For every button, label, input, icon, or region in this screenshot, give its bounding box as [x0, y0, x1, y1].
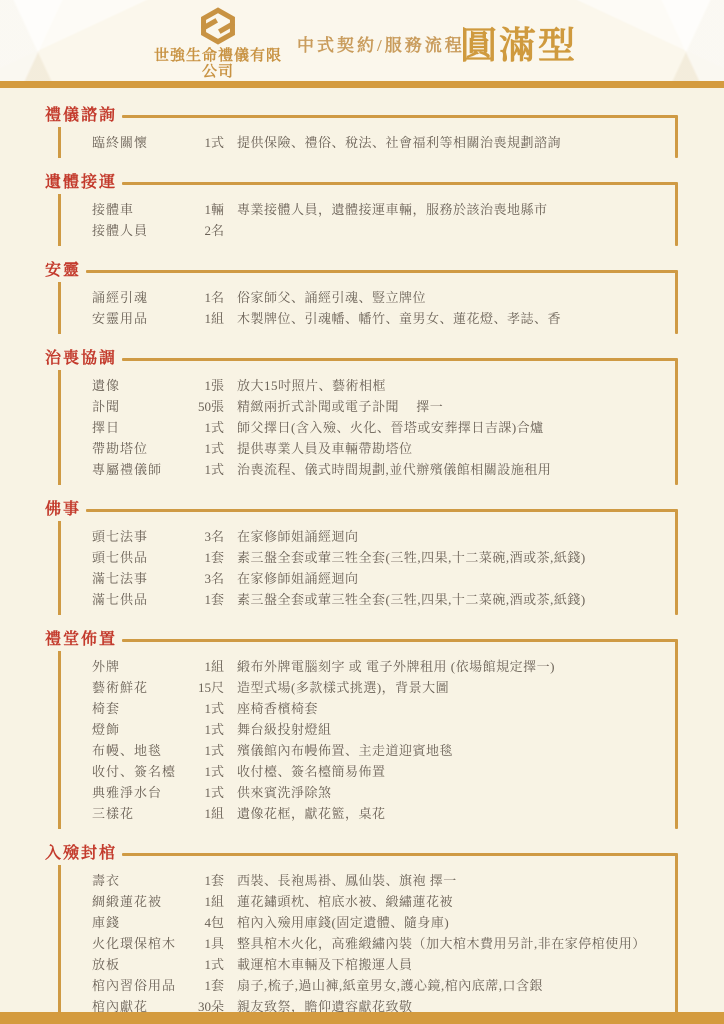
- item-name: 椅套: [92, 698, 188, 719]
- section-head: 遺體接運: [45, 172, 678, 194]
- service-row: 燈飾 1式 舞台級投射燈組: [92, 719, 678, 740]
- section-title: 禮堂佈置: [45, 629, 117, 651]
- service-row: 訃聞 50張 精緻兩折式訃聞或電子訃聞 擇一: [92, 396, 678, 417]
- service-row: 收付、簽名檯 1式 收付檯、簽名檯簡易佈置: [92, 761, 678, 782]
- item-qty: 1式: [188, 954, 224, 975]
- item-desc: 收付檯、簽名檯簡易佈置: [237, 761, 386, 782]
- item-desc: 提供保險、禮俗、稅法、社會福利等相關治喪規劃諮詢: [237, 132, 561, 153]
- item-name: 帶勘塔位: [92, 438, 188, 459]
- service-row: 火化環保棺木 1具 整具棺木火化，高雅緞繡內裝（加大棺木費用另計,非在家停棺使用…: [92, 933, 678, 954]
- item-desc: 殯儀館內布幔佈置、主走道迎賓地毯: [237, 740, 453, 761]
- item-name: 棺內習俗用品: [92, 975, 188, 996]
- item-qty: 2名: [188, 220, 224, 241]
- item-name: 火化環保棺木: [92, 933, 188, 954]
- section-head: 禮儀諮詢: [45, 105, 678, 127]
- item-name: 擇日: [92, 417, 188, 438]
- item-qty: 1式: [188, 417, 224, 438]
- item-desc: 俗家師父、誦經引魂、豎立牌位: [237, 287, 426, 308]
- section: 遺體接運 接體車 1輛 專業接體人員，遺體接運車輛，服務於該治喪地縣市 接體人員…: [45, 172, 678, 246]
- item-qty: 1套: [188, 589, 224, 610]
- service-row: 綢緞蓮花被 1組 蓮花鏽頭枕、棺底水被、緞繡蓮花被: [92, 891, 678, 912]
- item-name: 藝術鮮花: [92, 677, 188, 698]
- service-sections: 禮儀諮詢 臨終關懷 1式 提供保險、禮俗、稅法、社會福利等相關治喪規劃諮詢 遺體…: [0, 105, 724, 1022]
- service-row: 庫錢 4包 棺內入殮用庫錢(固定遺體、隨身庫): [92, 912, 678, 933]
- section-body: 壽衣 1套 西裝、長袍馬褂、鳳仙裝、旗袍 擇一 綢緞蓮花被 1組 蓮花鏽頭枕、棺…: [58, 865, 678, 1022]
- item-name: 誦經引魂: [92, 287, 188, 308]
- service-row: 棺內習俗用品 1套 扇子,梳子,過山褲,紙童男女,護心鏡,棺內底蓆,口含銀: [92, 975, 678, 996]
- service-row: 藝術鮮花 15尺 造型式場(多款樣式挑選)，背景大圖: [92, 677, 678, 698]
- item-qty: 1式: [188, 740, 224, 761]
- item-desc: 舞台級投射燈組: [237, 719, 332, 740]
- service-row: 接體車 1輛 專業接體人員，遺體接運車輛，服務於該治喪地縣市: [92, 199, 678, 220]
- hexagon-s-logo-icon: [186, 4, 250, 48]
- section: 禮堂佈置 外牌 1組 緞布外牌電腦刻字 或 電子外牌租用 (依場館規定擇一) 藝…: [45, 629, 678, 829]
- item-qty: 1式: [188, 719, 224, 740]
- item-name: 典雅淨水台: [92, 782, 188, 803]
- item-name: 布幔、地毯: [92, 740, 188, 761]
- section-body: 遺像 1張 放大15吋照片、藝術相框 訃聞 50張 精緻兩折式訃聞或電子訃聞 擇…: [58, 370, 678, 485]
- item-name: 訃聞: [92, 396, 188, 417]
- item-qty: 1組: [188, 656, 224, 677]
- item-qty: 1名: [188, 287, 224, 308]
- item-name: 滿七法事: [92, 568, 188, 589]
- item-desc: 供來賓洗淨除煞: [237, 782, 332, 803]
- item-desc: 素三盤全套或葷三牲全套(三牲,四果,十二菜碗,酒或茶,紙錢): [237, 547, 586, 568]
- service-row: 放板 1式 載運棺木車輛及下棺搬運人員: [92, 954, 678, 975]
- section-right-line: [675, 116, 678, 158]
- item-desc: 專業接體人員，遺體接運車輛，服務於該治喪地縣市: [237, 199, 548, 220]
- item-name: 壽衣: [92, 870, 188, 891]
- section: 入殮封棺 壽衣 1套 西裝、長袍馬褂、鳳仙裝、旗袍 擇一 綢緞蓮花被 1組 蓮花…: [45, 843, 678, 1022]
- service-row: 誦經引魂 1名 俗家師父、誦經引魂、豎立牌位: [92, 287, 678, 308]
- section-right-line: [675, 854, 678, 1022]
- service-row: 壽衣 1套 西裝、長袍馬褂、鳳仙裝、旗袍 擇一: [92, 870, 678, 891]
- section-head: 安靈: [45, 260, 678, 282]
- section-right-line: [675, 183, 678, 246]
- item-desc: 在家修師姐誦經迴向: [237, 526, 359, 547]
- section-right-line: [675, 359, 678, 485]
- service-row: 頭七法事 3名 在家修師姐誦經迴向: [92, 526, 678, 547]
- section-head-line: [122, 115, 678, 118]
- section-title: 遺體接運: [45, 172, 117, 194]
- item-name: 臨終關懷: [92, 132, 188, 153]
- item-name: 庫錢: [92, 912, 188, 933]
- item-desc: 在家修師姐誦經迴向: [237, 568, 359, 589]
- item-qty: 1套: [188, 870, 224, 891]
- service-row: 接體人員 2名: [92, 220, 678, 241]
- section-body: 接體車 1輛 專業接體人員，遺體接運車輛，服務於該治喪地縣市 接體人員 2名: [58, 194, 678, 246]
- service-row: 典雅淨水台 1式 供來賓洗淨除煞: [92, 782, 678, 803]
- item-desc: 放大15吋照片、藝術相框: [237, 375, 386, 396]
- section: 禮儀諮詢 臨終關懷 1式 提供保險、禮俗、稅法、社會福利等相關治喪規劃諮詢: [45, 105, 678, 158]
- item-desc: 蓮花鏽頭枕、棺底水被、緞繡蓮花被: [237, 891, 453, 912]
- service-row: 帶勘塔位 1式 提供專業人員及車輛帶勘塔位: [92, 438, 678, 459]
- item-qty: 1張: [188, 375, 224, 396]
- section-title: 安靈: [45, 260, 81, 282]
- item-qty: 1組: [188, 803, 224, 824]
- item-desc: 精緻兩折式訃聞或電子訃聞 擇一: [237, 396, 443, 417]
- item-qty: 1套: [188, 975, 224, 996]
- item-desc: 遺像花框，獻花籃，桌花: [237, 803, 386, 824]
- service-row: 安靈用品 1組 木製牌位、引魂幡、幡竹、童男女、蓮花燈、孝誌、香: [92, 308, 678, 329]
- item-qty: 1具: [188, 933, 224, 954]
- section-head-line: [122, 853, 678, 856]
- item-desc: 西裝、長袍馬褂、鳳仙裝、旗袍 擇一: [237, 870, 457, 891]
- company-name: 世強生命禮儀有限公司: [148, 48, 288, 80]
- service-row: 三樣花 1組 遺像花框，獻花籃，桌花: [92, 803, 678, 824]
- service-row: 頭七供品 1套 素三盤全套或葷三牲全套(三牲,四果,十二菜碗,酒或茶,紙錢): [92, 547, 678, 568]
- item-name: 頭七法事: [92, 526, 188, 547]
- service-row: 臨終關懷 1式 提供保險、禮俗、稅法、社會福利等相關治喪規劃諮詢: [92, 132, 678, 153]
- service-row: 擇日 1式 師父擇日(含入殮、火化、晉塔或安葬擇日吉課)合爐: [92, 417, 678, 438]
- item-desc: 載運棺木車輛及下棺搬運人員: [237, 954, 413, 975]
- section-title: 佛事: [45, 499, 81, 521]
- header-divider-bar: [0, 81, 724, 88]
- section-head-line: [122, 182, 678, 185]
- item-qty: 1式: [188, 698, 224, 719]
- item-qty: 1式: [188, 761, 224, 782]
- section-body: 誦經引魂 1名 俗家師父、誦經引魂、豎立牌位 安靈用品 1組 木製牌位、引魂幡、…: [58, 282, 678, 334]
- item-qty: 1式: [188, 782, 224, 803]
- section-head: 佛事: [45, 499, 678, 521]
- section-title: 治喪協調: [45, 348, 117, 370]
- item-qty: 1輛: [188, 199, 224, 220]
- item-name: 接體車: [92, 199, 188, 220]
- item-qty: 3名: [188, 568, 224, 589]
- item-qty: 15尺: [188, 677, 224, 698]
- item-desc: 造型式場(多款樣式挑選)，背景大圖: [237, 677, 449, 698]
- item-desc: 扇子,梳子,過山褲,紙童男女,護心鏡,棺內底蓆,口含銀: [237, 975, 543, 996]
- item-qty: 3名: [188, 526, 224, 547]
- plan-name: 圓滿型: [460, 15, 577, 69]
- section-head-line: [86, 509, 678, 512]
- section-body: 臨終關懷 1式 提供保險、禮俗、稅法、社會福利等相關治喪規劃諮詢: [58, 127, 678, 158]
- section-head: 治喪協調: [45, 348, 678, 370]
- item-name: 接體人員: [92, 220, 188, 241]
- item-name: 專屬禮儀師: [92, 459, 188, 480]
- service-row: 滿七供品 1套 素三盤全套或葷三牲全套(三牲,四果,十二菜碗,酒或茶,紙錢): [92, 589, 678, 610]
- section-head-line: [122, 639, 678, 642]
- item-qty: 1式: [188, 132, 224, 153]
- item-name: 放板: [92, 954, 188, 975]
- item-desc: 素三盤全套或葷三牲全套(三牲,四果,十二菜碗,酒或茶,紙錢): [237, 589, 586, 610]
- footer-bar: [0, 1012, 724, 1024]
- service-row: 椅套 1式 座椅香檳椅套: [92, 698, 678, 719]
- item-desc: 治喪流程、儀式時間規劃,並代辦殯儀館相關設施租用: [237, 459, 551, 480]
- item-name: 三樣花: [92, 803, 188, 824]
- item-desc: 緞布外牌電腦刻字 或 電子外牌租用 (依場館規定擇一): [237, 656, 555, 677]
- item-desc: 師父擇日(含入殮、火化、晉塔或安葬擇日吉課)合爐: [237, 417, 544, 438]
- item-name: 收付、簽名檯: [92, 761, 188, 782]
- section-body: 頭七法事 3名 在家修師姐誦經迴向 頭七供品 1套 素三盤全套或葷三牲全套(三牲…: [58, 521, 678, 615]
- item-qty: 1組: [188, 891, 224, 912]
- item-qty: 50張: [188, 396, 224, 417]
- item-name: 綢緞蓮花被: [92, 891, 188, 912]
- service-row: 布幔、地毯 1式 殯儀館內布幔佈置、主走道迎賓地毯: [92, 740, 678, 761]
- section-title: 禮儀諮詢: [45, 105, 117, 127]
- section-head: 入殮封棺: [45, 843, 678, 865]
- item-name: 外牌: [92, 656, 188, 677]
- item-qty: 1組: [188, 308, 224, 329]
- item-name: 安靈用品: [92, 308, 188, 329]
- item-qty: 1式: [188, 459, 224, 480]
- company-logo-block: 世強生命禮儀有限公司 Shih Chiang Funeral services: [148, 4, 288, 81]
- item-name: 燈飾: [92, 719, 188, 740]
- item-name: 滿七供品: [92, 589, 188, 610]
- item-name: 遺像: [92, 375, 188, 396]
- section: 治喪協調 遺像 1張 放大15吋照片、藝術相框 訃聞 50張 精緻兩折式訃聞或電…: [45, 348, 678, 485]
- section-right-line: [675, 271, 678, 334]
- section-body: 外牌 1組 緞布外牌電腦刻字 或 電子外牌租用 (依場館規定擇一) 藝術鮮花 1…: [58, 651, 678, 829]
- service-row: 外牌 1組 緞布外牌電腦刻字 或 電子外牌租用 (依場館規定擇一): [92, 656, 678, 677]
- section-head-line: [122, 358, 678, 361]
- section-title: 入殮封棺: [45, 843, 117, 865]
- item-qty: 1式: [188, 438, 224, 459]
- section-right-line: [675, 640, 678, 829]
- item-desc: 棺內入殮用庫錢(固定遺體、隨身庫): [237, 912, 449, 933]
- section: 佛事 頭七法事 3名 在家修師姐誦經迴向 頭七供品 1套 素三盤全套或葷三牲全套…: [45, 499, 678, 615]
- item-desc: 整具棺木火化，高雅緞繡內裝（加大棺木費用另計,非在家停棺使用）: [237, 933, 646, 954]
- service-row: 專屬禮儀師 1式 治喪流程、儀式時間規劃,並代辦殯儀館相關設施租用: [92, 459, 678, 480]
- item-desc: 木製牌位、引魂幡、幡竹、童男女、蓮花燈、孝誌、香: [237, 308, 561, 329]
- item-desc: 提供專業人員及車輛帶勘塔位: [237, 438, 413, 459]
- company-name-en: Shih Chiang Funeral services: [148, 80, 288, 81]
- item-desc: 座椅香檳椅套: [237, 698, 318, 719]
- section-head-line: [86, 270, 678, 273]
- item-qty: 4包: [188, 912, 224, 933]
- section-head: 禮堂佈置: [45, 629, 678, 651]
- item-qty: 1套: [188, 547, 224, 568]
- service-row: 遺像 1張 放大15吋照片、藝術相框: [92, 375, 678, 396]
- section-right-line: [675, 510, 678, 615]
- service-row: 滿七法事 3名 在家修師姐誦經迴向: [92, 568, 678, 589]
- item-name: 頭七供品: [92, 547, 188, 568]
- page-header: 世強生命禮儀有限公司 Shih Chiang Funeral services …: [0, 0, 724, 81]
- funeral-service-flow-document: { "meta": { "colors": { "gold": "#cf9a44…: [0, 0, 724, 1024]
- contract-flow-subtitle: 中式契約/服務流程: [297, 31, 465, 56]
- section: 安靈 誦經引魂 1名 俗家師父、誦經引魂、豎立牌位 安靈用品 1組 木製牌位、引…: [45, 260, 678, 334]
